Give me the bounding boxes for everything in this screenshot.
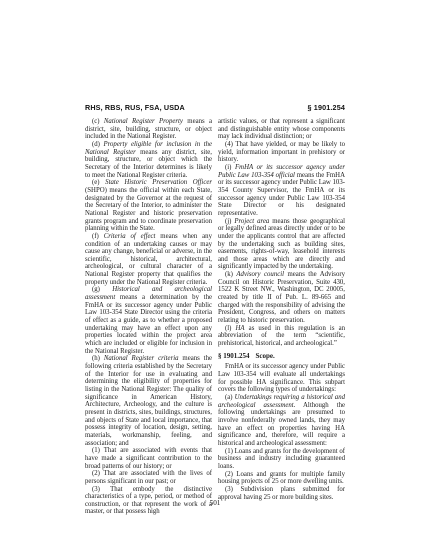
text-segment: Although the following undertakings are … — [218, 402, 345, 447]
paragraph: (e) State Historic Preservation Officer … — [85, 179, 212, 233]
paragraph: (a) Undertakings requiring a historical … — [218, 394, 345, 448]
section-heading: § 1901.254Scope. — [218, 353, 345, 361]
paragraph: (1) That are associated with events that… — [85, 447, 212, 470]
text-segment: Project area — [234, 218, 269, 225]
right-column: artistic values, or that represent a sig… — [218, 118, 345, 516]
text-segment: FmHA or its successor agency under Publi… — [218, 363, 345, 393]
text-segment: (i) — [225, 164, 235, 171]
text-segment: (SHPO) means the official within each St… — [85, 187, 212, 232]
page-number: 501 — [85, 499, 345, 507]
paragraph: (d) Property eligible for inclusion in t… — [85, 141, 212, 179]
paragraph: (1) Loans and grants for the development… — [218, 448, 345, 471]
paragraph: FmHA or its successor agency under Publi… — [218, 363, 345, 394]
text-segment: Advisory council — [236, 271, 284, 278]
text-segment: Scope. — [256, 352, 275, 360]
text-segment: means the following criteria established… — [85, 355, 212, 446]
running-head-section-number: § 1901.254 — [308, 103, 345, 112]
text-segment: (k) — [225, 271, 236, 278]
paragraph: (l) HA as used in this regulation is an … — [218, 325, 345, 348]
text-segment: National Register criteria — [104, 355, 179, 362]
text-segment: (4) That have yielded, or may be likely … — [218, 141, 345, 163]
text-segment: means when any condition of an undertaki… — [85, 233, 212, 286]
text-segment: (c) — [92, 118, 104, 125]
paragraph: (f) Criteria of effect means when any co… — [85, 233, 212, 287]
text-segment: (a) — [225, 394, 235, 401]
text-segment: HA — [236, 325, 245, 332]
text-segment: (h) — [92, 355, 104, 362]
text-segment: National Register Property — [104, 118, 183, 125]
text-segment: (e) — [92, 179, 105, 186]
running-head-agencies: RHS, RBS, RUS, FSA, USDA — [85, 103, 185, 112]
paragraph: (c) National Register Property means a d… — [85, 118, 212, 141]
text-segment: (j) — [225, 218, 234, 225]
text-segment: § 1901.254 — [218, 352, 250, 360]
text-segment: (1) Loans and grants for the development… — [218, 448, 345, 470]
text-segment: means those geographical or legally defi… — [218, 218, 345, 271]
paragraph: artistic values, or that represent a sig… — [218, 118, 345, 141]
text-segment: (2) That are associated with the lives o… — [85, 470, 212, 485]
text-segment: (l) — [225, 325, 236, 332]
text-segment: means the FmHA or its successor agency u… — [218, 172, 345, 217]
paragraph: (g) Historical and archeological assessm… — [85, 286, 212, 355]
text-segment: Criteria of effect — [104, 233, 156, 240]
text-segment: State Historic Preservation Officer — [105, 179, 212, 186]
text-segment: artistic values, or that represent a sig… — [218, 118, 345, 140]
text-segment: (1) That are associated with events that… — [85, 447, 212, 469]
running-head: RHS, RBS, RUS, FSA, USDA § 1901.254 — [85, 103, 345, 112]
paragraph: (h) National Register criteria means the… — [85, 355, 212, 447]
text-segment: (g) — [92, 286, 112, 293]
paragraph: (2) That are associated with the lives o… — [85, 470, 212, 485]
text-segment: means the Advisory Council on Historic P… — [218, 271, 345, 324]
paragraph: (2) Loans and grants for multiple family… — [218, 471, 345, 486]
left-column: (c) National Register Property means a d… — [85, 118, 212, 516]
text-segment: (2) Loans and grants for multiple family… — [218, 471, 345, 486]
paragraph: (i) FmHA or its successor agency under P… — [218, 164, 345, 218]
paragraph: (j) Project area means those geographica… — [218, 218, 345, 272]
text-columns: (c) National Register Property means a d… — [85, 118, 345, 516]
text-segment: (d) — [92, 141, 103, 148]
text-segment: means a determination by the FmHA or its… — [85, 294, 212, 355]
text-segment: (f) — [92, 233, 104, 240]
document-page: RHS, RBS, RUS, FSA, USDA § 1901.254 (c) … — [0, 0, 428, 554]
paragraph: (4) That have yielded, or may be likely … — [218, 141, 345, 164]
paragraph: (k) Advisory council means the Advisory … — [218, 271, 345, 325]
